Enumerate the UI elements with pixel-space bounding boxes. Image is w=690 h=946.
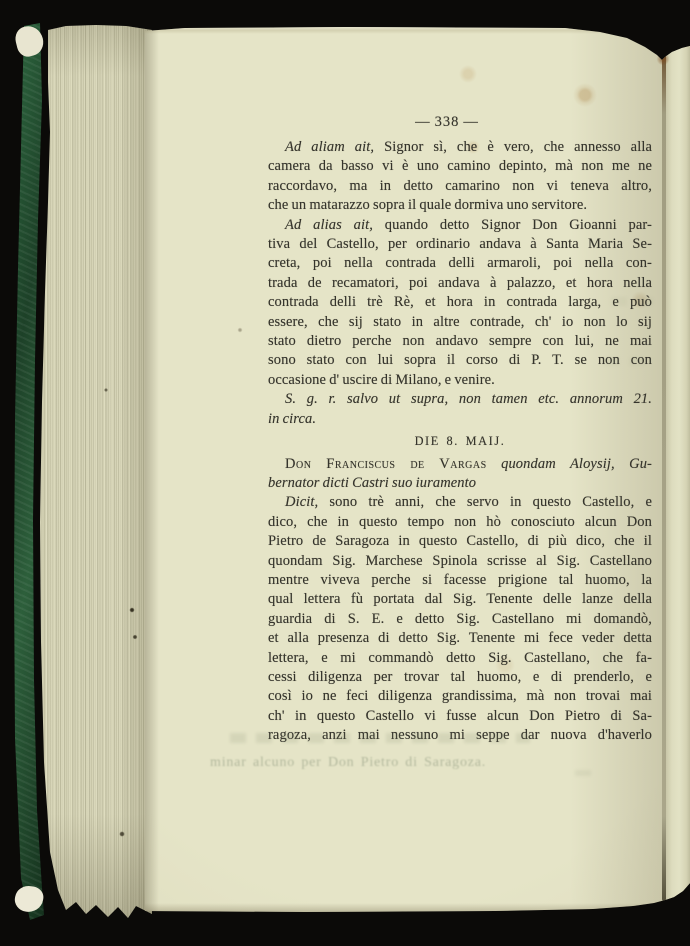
text-segment: camera da basso vi è uno camino depinto,… — [268, 158, 652, 174]
text-line: essere, che sij stato in altre contrade,… — [268, 313, 652, 332]
text-line: camera da basso vi è uno camino depinto,… — [268, 157, 652, 176]
text-line: dico, che in questo tempo non hò conosci… — [268, 513, 652, 532]
text-line: tiva del Castello, per ordinario andava … — [268, 235, 652, 254]
page-left-shadow — [145, 25, 159, 914]
text-segment: ragoza, anzi mai nessuno mi seppe dar nu… — [268, 727, 652, 743]
text-line: guardia di S. E. e detto Sig. Castellano… — [268, 610, 652, 629]
fore-edge-page-stack — [36, 22, 152, 922]
text-segment: tiva del Castello, per ordinario andava … — [268, 236, 652, 252]
text-segment: che un matarazzo sopra il quale dormiva … — [268, 197, 587, 213]
paragraph: Ad alias ait, quando detto Signor Don Gi… — [268, 216, 652, 391]
page-top-edge — [145, 25, 690, 34]
page-number: — 338 — — [255, 113, 639, 132]
gutter-crease-stain — [656, 53, 670, 65]
text-segment: DIE 8. MAIJ. — [415, 434, 506, 448]
text-segment: quando detto Signor Don Gioanni par- — [373, 217, 652, 233]
text-segment: S. g. r. salvo ut supra, non tamen etc. … — [285, 391, 652, 407]
text-block: — 338 — Ad aliam ait, Signor sì, che è v… — [268, 113, 652, 746]
text-segment: sono trè anni, che servo in questo Caste… — [318, 494, 652, 510]
text-line: sono stato con lui sopra il corso di P. … — [268, 351, 652, 370]
show-through-text: minar alcuno per Don Pietro di Saragoza. — [210, 755, 555, 771]
text-segment: mentre viveva perche si facesse prigione… — [268, 572, 652, 588]
text-line: raccordavo, ma in detto camarino non vi … — [268, 177, 652, 196]
text-line: qual lettera fù portata dal Sig. Tenente… — [268, 590, 652, 609]
text-segment: Ad alias ait, — [285, 217, 373, 233]
text-segment: essere, che sij stato in altre contrade,… — [268, 314, 652, 330]
text-segment: Don Franciscus de Vargas — [285, 456, 487, 472]
book-page: — 338 — Ad aliam ait, Signor sì, che è v… — [145, 25, 690, 914]
text-segment: così io ne feci diligenza grandissima, m… — [268, 688, 652, 704]
body-text: Ad aliam ait, Signor sì, che è vero, che… — [268, 138, 652, 746]
text-segment: raccordavo, ma in detto camarino non vi … — [268, 178, 652, 194]
text-segment: trada de recamatori, poi andava à palazz… — [268, 275, 652, 291]
text-line: Pietro de Saragoza in questo Castello, d… — [268, 532, 652, 551]
section-heading: DIE 8. MAIJ. — [268, 432, 652, 451]
paragraph: S. g. r. salvo ut supra, non tamen etc. … — [268, 390, 652, 429]
endpaper-corner-top — [13, 23, 46, 59]
text-line: Ad aliam ait, Signor sì, che è vero, che… — [268, 138, 652, 157]
text-line: creta, poi nella contrada delli armaroli… — [268, 254, 652, 273]
text-line: S. g. r. salvo ut supra, non tamen etc. … — [268, 390, 652, 409]
text-segment: occasione d' uscire di Milano, e venire. — [268, 372, 495, 388]
text-segment: Ad aliam ait, — [285, 139, 374, 155]
text-line: stato dietro perche non andavo sempre co… — [268, 332, 652, 351]
text-line: contrada delli trè Rè, et hora in contra… — [268, 293, 652, 312]
text-line: occasione d' uscire di Milano, e venire. — [268, 371, 652, 390]
text-line: Don Franciscus de Vargas quondam Aloysij… — [268, 455, 652, 474]
text-segment: Signor sì, che è vero, che annesso alla — [374, 139, 652, 155]
photo-background: — 338 — Ad aliam ait, Signor sì, che è v… — [0, 0, 690, 946]
paragraph: Dicit, sono trè anni, che servo in quest… — [268, 493, 652, 745]
facing-page-strip — [666, 25, 690, 914]
text-segment: ch' in questo Castello vi fusse alcun Do… — [268, 708, 652, 724]
text-line: mentre viveva perche si facesse prigione… — [268, 571, 652, 590]
text-segment: guardia di S. E. e detto Sig. Castellano… — [268, 611, 652, 627]
text-line: trada de recamatori, poi andava à palazz… — [268, 274, 652, 293]
text-segment: in circa. — [268, 411, 316, 427]
text-segment: creta, poi nella contrada delli armaroli… — [268, 255, 652, 271]
text-line: quondam Sig. Marchese Spinola scrisse al… — [268, 552, 652, 571]
text-line: et alla presenza di detto Sig. Tenente m… — [268, 629, 652, 648]
text-line: ragoza, anzi mai nessuno mi seppe dar nu… — [268, 726, 652, 745]
text-line: lettera, e mi commandò detto Sig. Castel… — [268, 649, 652, 668]
text-line: così io ne feci diligenza grandissima, m… — [268, 687, 652, 706]
text-segment: qual lettera fù portata dal Sig. Tenente… — [268, 591, 652, 607]
text-line: che un matarazzo sopra il quale dormiva … — [268, 196, 652, 215]
text-segment: contrada delli trè Rè, et hora in contra… — [268, 294, 652, 310]
text-line: bernator dicti Castri suo iuramento — [268, 474, 652, 493]
text-segment: sono stato con lui sopra il corso di P. … — [268, 352, 652, 368]
text-line: cessi diligenza per trovar tal huomo, e … — [268, 668, 652, 687]
text-segment: cessi diligenza per trovar tal huomo, e … — [268, 669, 652, 685]
text-segment: stato dietro perche non andavo sempre co… — [268, 333, 652, 349]
gutter-crease — [662, 55, 666, 901]
text-line: Ad alias ait, quando detto Signor Don Gi… — [268, 216, 652, 235]
text-line: ch' in questo Castello vi fusse alcun Do… — [268, 707, 652, 726]
text-segment: Pietro de Saragoza in questo Castello, d… — [268, 533, 652, 549]
text-segment: quondam Aloysij, Gu- — [487, 456, 652, 472]
text-line: Dicit, sono trè anni, che servo in quest… — [268, 493, 652, 512]
text-segment: bernator dicti Castri suo iuramento — [268, 475, 476, 491]
book-cover-edge — [10, 20, 44, 922]
paragraph: Ad aliam ait, Signor sì, che è vero, che… — [268, 138, 652, 216]
text-segment: lettera, e mi commandò detto Sig. Castel… — [268, 650, 652, 666]
text-segment: Dicit, — [285, 494, 318, 510]
text-line: in circa. — [268, 410, 652, 429]
paragraph: Don Franciscus de Vargas quondam Aloysij… — [268, 455, 652, 494]
text-segment: dico, che in questo tempo non hò conosci… — [268, 514, 652, 530]
text-segment: et alla presenza di detto Sig. Tenente m… — [268, 630, 652, 646]
text-line: DIE 8. MAIJ. — [268, 432, 652, 451]
text-segment: quondam Sig. Marchese Spinola scrisse al… — [268, 553, 652, 569]
